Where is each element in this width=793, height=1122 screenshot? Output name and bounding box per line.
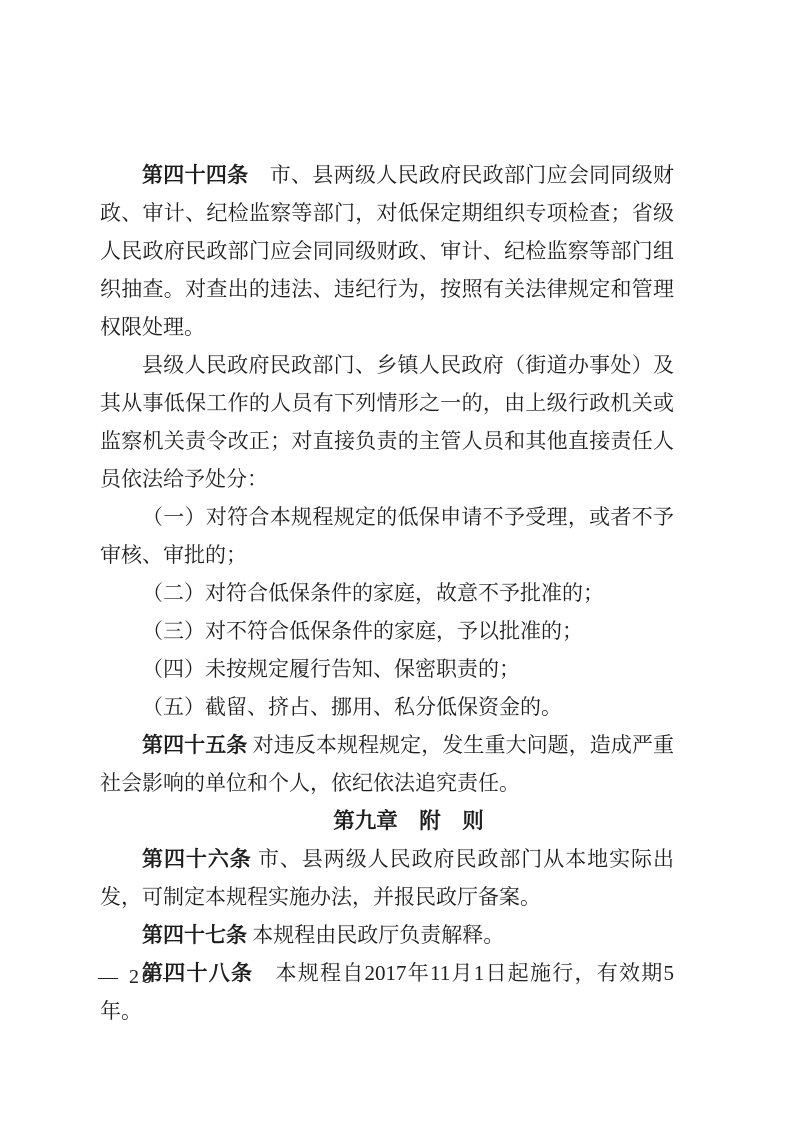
list-item-5: （五）截留、挤占、挪用、私分低保资金的。 [100, 688, 674, 726]
list-item-4: （四）未按规定履行告知、保密职责的； [100, 650, 674, 688]
chapter-9-heading: 第九章 附 则 [100, 802, 674, 840]
article-45-paragraph: 第四十五条 对违反本规程规定，发生重大问题，造成严重社会影响的单位和个人，依纪依… [100, 726, 674, 802]
page-number: — 20 — [98, 966, 186, 989]
article-44-text: 市、县两级人民政府民政部门应会同同级财政、审计、纪检监察等部门，对低保定期组织专… [100, 163, 674, 339]
list-item-1: （一）对符合本规程规定的低保申请不予受理，或者不予审核、审批的； [100, 498, 674, 574]
article-47-label: 第四十七条 [142, 923, 252, 947]
list-item-5-text: （五）截留、挤占、挪用、私分低保资金的。 [142, 695, 562, 719]
list-item-2: （二）对符合低保条件的家庭，故意不予批准的； [100, 574, 674, 612]
list-item-3-text: （三）对不符合低保条件的家庭，予以批准的； [142, 619, 583, 643]
article-47-text: 本规程由民政厅负责解释。 [252, 923, 504, 947]
article-45-label: 第四十五条 [142, 733, 253, 757]
article-46-paragraph: 第四十六条 市、县两级人民政府民政部门从本地实际出发，可制定本规程实施办法，并报… [100, 840, 674, 916]
list-item-2-text: （二）对符合低保条件的家庭，故意不予批准的； [142, 581, 604, 605]
article-44-paragraph-2: 县级人民政府民政部门、乡镇人民政府（街道办事处）及其从事低保工作的人员有下列情形… [100, 346, 674, 498]
list-item-4-text: （四）未按规定履行告知、保密职责的； [142, 657, 520, 681]
document-page: 第四十四条 市、县两级人民政府民政部门应会同同级财政、审计、纪检监察等部门，对低… [0, 0, 793, 1122]
list-item-3: （三）对不符合低保条件的家庭，予以批准的； [100, 612, 674, 650]
list-item-1-text: （一）对符合本规程规定的低保申请不予受理，或者不予审核、审批的； [100, 505, 674, 567]
article-44-paragraph: 第四十四条 市、县两级人民政府民政部门应会同同级财政、审计、纪检监察等部门，对低… [100, 156, 674, 346]
document-body: 第四十四条 市、县两级人民政府民政部门应会同同级财政、审计、纪检监察等部门，对低… [100, 156, 674, 1030]
article-44-label: 第四十四条 [142, 163, 270, 187]
article-47-paragraph: 第四十七条 本规程由民政厅负责解释。 [100, 916, 674, 954]
article-48-paragraph: 第四十八条 本规程自2017年11月1日起施行，有效期5年。 [100, 954, 674, 1030]
article-44-paragraph-2-text: 县级人民政府民政部门、乡镇人民政府（街道办事处）及其从事低保工作的人员有下列情形… [100, 353, 674, 491]
article-46-label: 第四十六条 [142, 847, 258, 871]
